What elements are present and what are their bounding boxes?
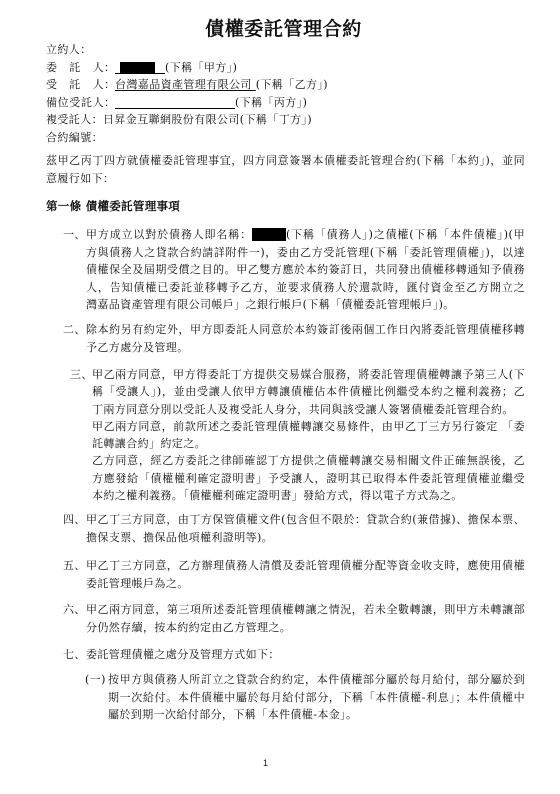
item-line: 委託管理債權之處分及管理方式如下： (86, 646, 525, 664)
subitem-line: 按甲方與債務人所訂立之貸款合約約定，本件債權部分屬於每月給付，部分屬於到 (108, 671, 525, 689)
trustee-name: 台灣嘉品資產管理有限公司 (115, 78, 256, 91)
backup-trustee-colon: ： (104, 94, 115, 112)
item-line: 分仍然存續，按本約約定由乙方管理之。 (86, 619, 525, 637)
item-marker: 二、 (63, 321, 86, 339)
redacted-entrustor-name (120, 62, 155, 74)
item-paragraph: 甲乙兩方同意，甲方得委託丁方提供交易媒合服務，將委託管理債權轉讓予第三人(下 稱… (92, 366, 525, 418)
subitem-line: 屬於到期一次給付部分，下稱「本件債權-本金」。 (108, 706, 525, 724)
item-body: 甲方成立以對於債務人即名稱：(下稱「債務人」)之債權(下稱「本件債權」)(甲 方… (86, 226, 525, 314)
item-marker: 四、 (63, 511, 86, 529)
trustee-label: 受託人 (46, 76, 104, 94)
article-1-heading: 第一條 債權委託管理事項 (46, 198, 180, 216)
subitem-marker: (一) (85, 671, 106, 689)
party-backup-trustee: 備位受託人：(下稱「丙方」) (46, 94, 526, 112)
article-item-4: 四、 甲乙丁三方同意，由丁方保管債權文件(包含但不限於：貸款合約(兼借據)、擔保… (63, 511, 525, 546)
subitem-body: 按甲方與債務人所訂立之貸款合約約定，本件債權部分屬於每月給付，部分屬於到 期一次… (108, 671, 525, 724)
item-line: 甲乙兩方同意，甲方得委託丁方提供交易媒合服務，將委託管理債權轉讓予第三人(下 (92, 366, 525, 383)
item-body: 甲乙兩方同意，第三項所述委託管理債權轉讓之情況，若未全數轉讓，則甲方未轉讓部 分… (86, 601, 525, 636)
parties-heading: 立約人： (46, 41, 526, 59)
item-marker: 七、 (63, 646, 86, 664)
document-title: 債權委託管理合約 (0, 17, 560, 41)
party-entrustor: 委託人：(下稱「甲方」) (46, 59, 526, 77)
item-paragraph: 甲乙兩方同意，前款所述之委託管理債權轉讓交易條件，由甲乙丁三方另行簽定 「委 託… (92, 418, 525, 453)
subitem-line: 期一次給付。本件債權中屬於每月給付部分，下稱「本件債權-利息」；本件債權中 (108, 689, 525, 707)
backup-trustee-name-blank (115, 96, 235, 109)
item-body: 甲乙丁三方同意，乙方辦理債務人清償及委託管理債權分配等資金收支時，應使用債權 委… (86, 557, 525, 592)
item-line: 擔保支票、擔保品他項權利證明等)。 (86, 529, 525, 547)
preamble-line: 意履行如下： (46, 170, 525, 188)
trustee-designation: (下稱「乙方」) (256, 78, 328, 91)
article-item-1: 一、 甲方成立以對於債務人即名稱：(下稱「債務人」)之債權(下稱「本件債權」)(… (63, 226, 525, 314)
entrustor-colon: ： (104, 59, 115, 77)
item-body: 甲乙兩方同意，甲方得委託丁方提供交易媒合服務，將委託管理債權轉讓予第三人(下 稱… (92, 366, 525, 504)
article-item-7-subitem-1: (一) 按甲方與債務人所訂立之貸款合約約定，本件債權部分屬於每月給付，部分屬於到… (85, 671, 525, 724)
item-line: 稱「受讓人」)，並由受讓人依甲方轉讓債權佔本件債權比例繼受本約之權利義務；乙 (92, 383, 525, 400)
party-trustee: 受託人：台灣嘉品資產管理有限公司 (下稱「乙方」) (46, 76, 526, 94)
item-paragraph: 乙方同意，經乙方委託之律師確認丁方提供之債權轉讓交易相關文件正確無誤後，乙 方應… (92, 452, 525, 504)
contract-number-label: 合約編號： (46, 129, 526, 147)
item-line: 方與債務人之貸款合約請詳附件一)，委由乙方受託管理(下稱「委託管理債權」)，以達 (86, 244, 525, 262)
item-line: 甲乙丁三方同意，乙方辦理債務人清償及委託管理債權分配等資金收支時，應使用債權 (86, 557, 525, 575)
item-marker: 六、 (63, 601, 86, 619)
item-line-text: (下稱「債務人」)之債權(下稱「本件債權」)(甲 (286, 228, 525, 241)
article-item-3: 三、 甲乙兩方同意，甲方得委託丁方提供交易媒合服務，將委託管理債權轉讓予第三人(… (70, 366, 525, 504)
redacted-debtor-name (252, 228, 286, 241)
item-line: 債權保全及屆期受償之目的。甲乙雙方應於本約簽訂日，共同發出債權移轉通知予債務 (86, 261, 525, 279)
parties-section: 立約人： 委託人：(下稱「甲方」) 受託人：台灣嘉品資產管理有限公司 (下稱「乙… (46, 41, 526, 147)
article-item-7: 七、 委託管理債權之處分及管理方式如下： (63, 646, 525, 664)
item-line: 甲方成立以對於債務人即名稱：(下稱「債務人」)之債權(下稱「本件債權」)(甲 (86, 226, 525, 244)
item-line-text: 甲方成立以對於債務人即名稱： (86, 228, 252, 241)
article-item-2: 二、 除本約另有約定外，甲方即委託人同意於本約簽訂後兩個工作日內將委託管理債權移… (63, 321, 525, 356)
item-body: 委託管理債權之處分及管理方式如下： (86, 646, 525, 664)
party-sub-trustee: 複受託人：日昇金互聯網股份有限公司(下稱「丁方」) (46, 111, 526, 129)
page-number: 1 (263, 757, 268, 769)
item-line: 除本約另有約定外，甲方即委託人同意於本約簽訂後兩個工作日內將委託管理債權移轉 (86, 321, 525, 339)
item-line: 甲乙丁三方同意，由丁方保管債權文件(包含但不限於：貸款合約(兼借據)、擔保本票、 (86, 511, 525, 529)
item-body: 甲乙丁三方同意，由丁方保管債權文件(包含但不限於：貸款合約(兼借據)、擔保本票、… (86, 511, 525, 546)
item-line: 甲乙兩方同意，前款所述之委託管理債權轉讓交易條件，由甲乙丁三方另行簽定 「委 (92, 418, 525, 435)
item-line: 甲乙兩方同意，第三項所述委託管理債權轉讓之情況，若未全數轉讓，則甲方未轉讓部 (86, 601, 525, 619)
item-line: 丁兩方同意分別以受託人及複受託人身分，共同與該受讓人簽署債權委託管理合約。 (92, 401, 525, 418)
item-line: 乙方同意，經乙方委託之律師確認丁方提供之債權轉讓交易相關文件正確無誤後，乙 (92, 452, 525, 469)
item-line: 委託管理帳戶為之。 (86, 575, 525, 593)
item-body: 除本約另有約定外，甲方即委託人同意於本約簽訂後兩個工作日內將委託管理債權移轉 予… (86, 321, 525, 356)
item-line: 人，告知債權已委託並移轉予乙方，並要求債務人於還款時，匯付資金至乙方開立之「台 (86, 279, 525, 297)
trustee-colon: ： (104, 76, 115, 94)
preamble: 茲甲乙丙丁四方就債權委託管理事宜，四方同意簽署本債權委託管理合約(下稱「本約」)… (46, 152, 525, 187)
entrustor-label: 委託人 (46, 59, 104, 77)
item-line: 灣嘉品資產管理有限公司帳戶」之銀行帳戶(下稱「債權委託管理帳戶」)。 (86, 296, 525, 314)
item-line: 本約之權利義務。「債權權利確定證明書」發給方式，得以電子方式為之。 (92, 487, 525, 504)
item-line: 託轉讓合約」約定之。 (92, 435, 525, 452)
preamble-line: 茲甲乙丙丁四方就債權委託管理事宜，四方同意簽署本債權委託管理合約(下稱「本約」)… (46, 152, 525, 170)
entrustor-designation: (下稱「甲方」) (165, 61, 237, 74)
item-marker: 一、 (63, 226, 86, 244)
item-marker: 三、 (70, 366, 93, 384)
item-line: 予乙方處分及管理。 (86, 339, 525, 357)
article-item-6: 六、 甲乙兩方同意，第三項所述委託管理債權轉讓之情況，若未全數轉讓，則甲方未轉讓… (63, 601, 525, 636)
backup-trustee-designation: (下稱「丙方」) (235, 96, 307, 109)
article-item-5: 五、 甲乙丁三方同意，乙方辦理債務人清償及委託管理債權分配等資金收支時，應使用債… (63, 557, 525, 592)
backup-trustee-label: 備位受託人 (46, 94, 104, 112)
item-line: 方應發給「債權權利確定證明書」予受讓人，證明其已取得本件委託管理債權並繼受 (92, 470, 525, 487)
entrustor-name-field (115, 61, 165, 74)
item-marker: 五、 (63, 557, 86, 575)
